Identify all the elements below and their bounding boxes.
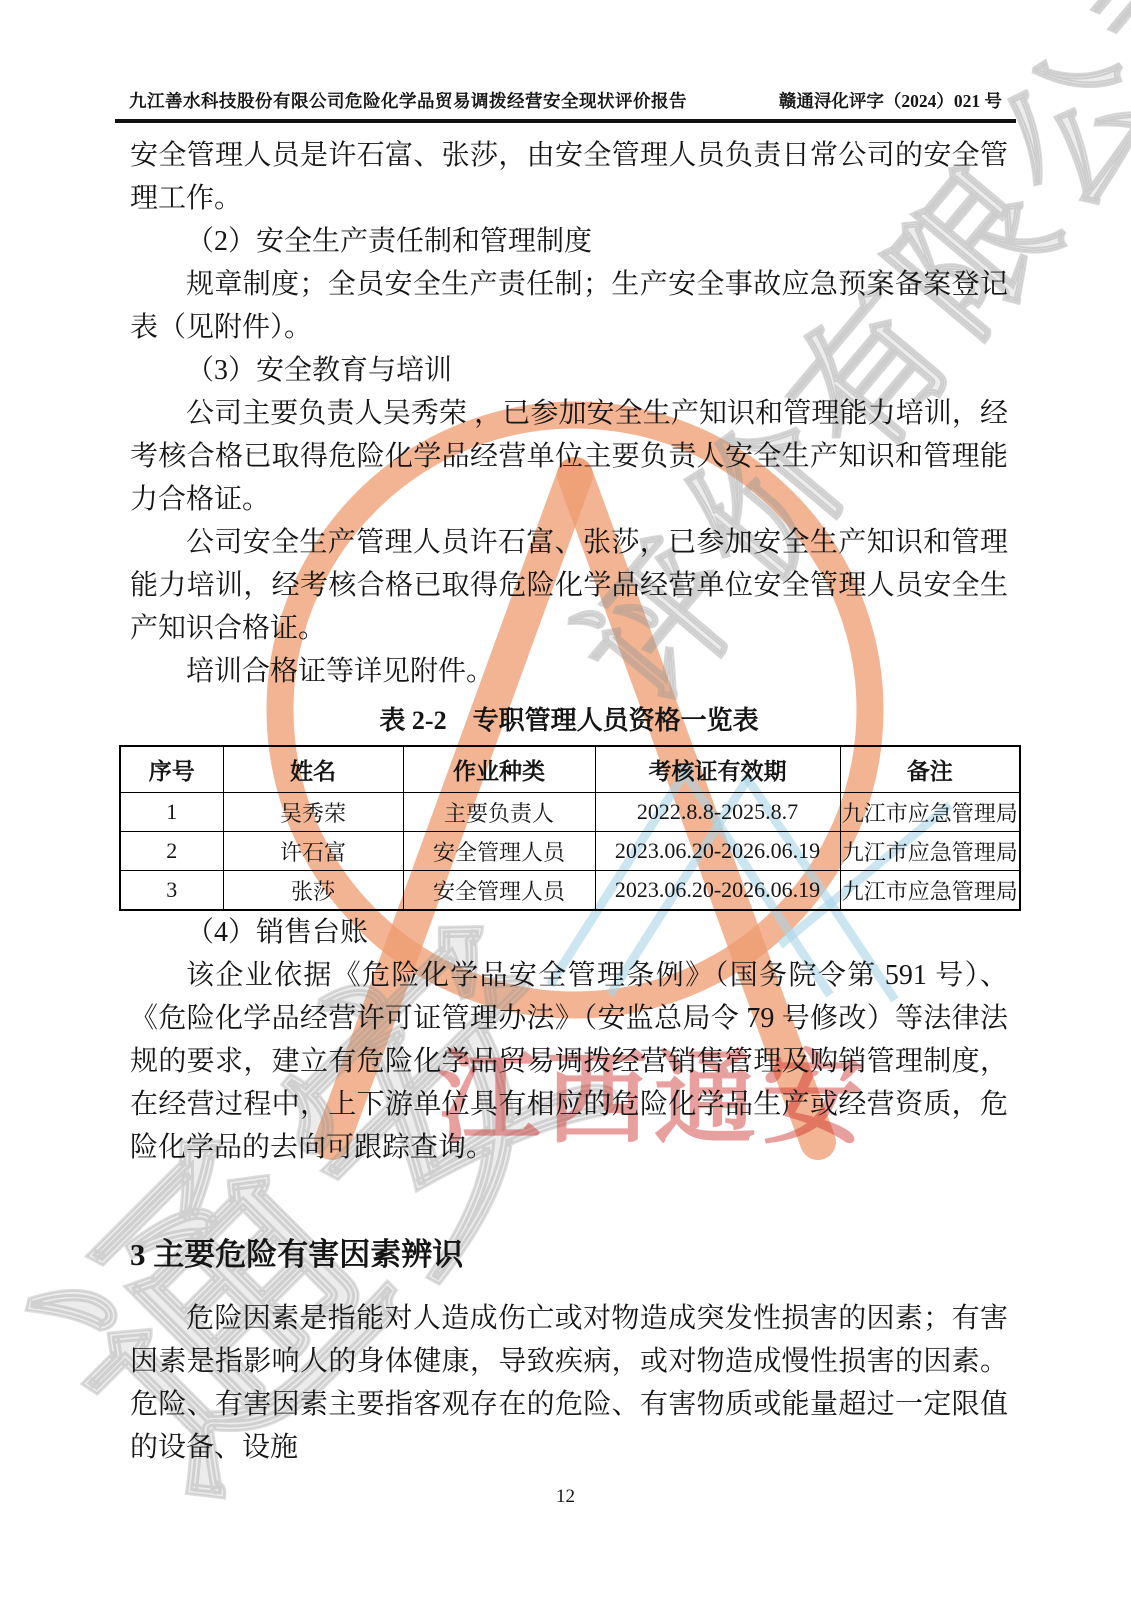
cell-job-type: 安全管理人员 [403, 871, 595, 911]
column-header-job-type: 作业种类 [403, 746, 595, 793]
section-heading: 3 主要危险有害因素辨识 [130, 1233, 1008, 1277]
cell-remark: 九江市应急管理局 [840, 871, 1020, 911]
cell-cert-valid: 2023.06.20-2026.06.19 [595, 871, 840, 911]
column-header-remark: 备注 [840, 746, 1020, 793]
personnel-qualification-table: 序号 姓名 作业种类 考核证有效期 备注 1 吴秀荣 主要负责人 2022.8.… [119, 745, 1021, 911]
table-row: 1 吴秀荣 主要负责人 2022.8.8-2025.8.7 九江市应急管理局 [120, 793, 1020, 832]
table-caption: 表 2-2 专职管理人员资格一览表 [130, 703, 1008, 739]
table-row: 2 许石富 安全管理人员 2023.06.20-2026.06.19 九江市应急… [120, 832, 1020, 871]
cell-name: 许石富 [223, 832, 403, 871]
cell-name: 张莎 [223, 871, 403, 911]
column-header-index: 序号 [120, 746, 223, 793]
cell-cert-valid: 2023.06.20-2026.06.19 [595, 832, 840, 871]
cell-name: 吴秀荣 [223, 793, 403, 832]
list-item-heading: （2）安全生产责任制和管理制度 [130, 220, 1008, 263]
list-item-heading: （3）安全教育与培训 [130, 349, 1008, 392]
cell-index: 3 [120, 871, 223, 911]
table-header-row: 序号 姓名 作业种类 考核证有效期 备注 [120, 746, 1020, 793]
page-number: 12 [0, 1486, 1131, 1508]
report-page: 评价有限公司 通安 江西通安 九江善水科技股份有限公司危险化学品贸易调拨经营安全… [0, 0, 1131, 1600]
cell-cert-valid: 2022.8.8-2025.8.7 [595, 793, 840, 832]
cell-job-type: 安全管理人员 [403, 832, 595, 871]
paragraph: 培训合格证等详见附件。 [130, 650, 1008, 693]
list-item-heading: （4）销售台账 [130, 911, 1008, 954]
header-document-number: 赣通浔化评字（2024）021 号 [779, 88, 1002, 113]
cell-job-type: 主要负责人 [403, 793, 595, 832]
column-header-cert-valid: 考核证有效期 [595, 746, 840, 793]
paragraph: 该企业依据《危险化学品安全管理条例》（国务院令第 591 号）、《危险化学品经营… [130, 954, 1008, 1169]
table-row: 3 张莎 安全管理人员 2023.06.20-2026.06.19 九江市应急管… [120, 871, 1020, 911]
document-body: 安全管理人员是许石富、张莎，由安全管理人员负责日常公司的安全管理工作。 （2）安… [130, 134, 1008, 1469]
paragraph: 危险因素是指能对人造成伤亡或对物造成突发性损害的因素；有害因素是指影响人的身体健… [130, 1297, 1008, 1469]
paragraph: 公司安全生产管理人员许石富、张莎，已参加安全生产知识和管理能力培训，经考核合格已… [130, 521, 1008, 650]
header-report-title: 九江善水科技股份有限公司危险化学品贸易调拨经营安全现状评价报告 [129, 88, 687, 113]
paragraph: 安全管理人员是许石富、张莎，由安全管理人员负责日常公司的安全管理工作。 [130, 134, 1008, 220]
paragraph: 规章制度；全员安全生产责任制；生产安全事故应急预案备案登记表（见附件）。 [130, 263, 1008, 349]
cell-index: 1 [120, 793, 223, 832]
cell-remark: 九江市应急管理局 [840, 832, 1020, 871]
cell-remark: 九江市应急管理局 [840, 793, 1020, 832]
column-header-name: 姓名 [223, 746, 403, 793]
paragraph: 公司主要负责人吴秀荣 ，已参加安全生产知识和管理能力培训，经考核合格已取得危险化… [130, 392, 1008, 521]
page-header: 九江善水科技股份有限公司危险化学品贸易调拨经营安全现状评价报告 赣通浔化评字（2… [115, 88, 1016, 123]
cell-index: 2 [120, 832, 223, 871]
